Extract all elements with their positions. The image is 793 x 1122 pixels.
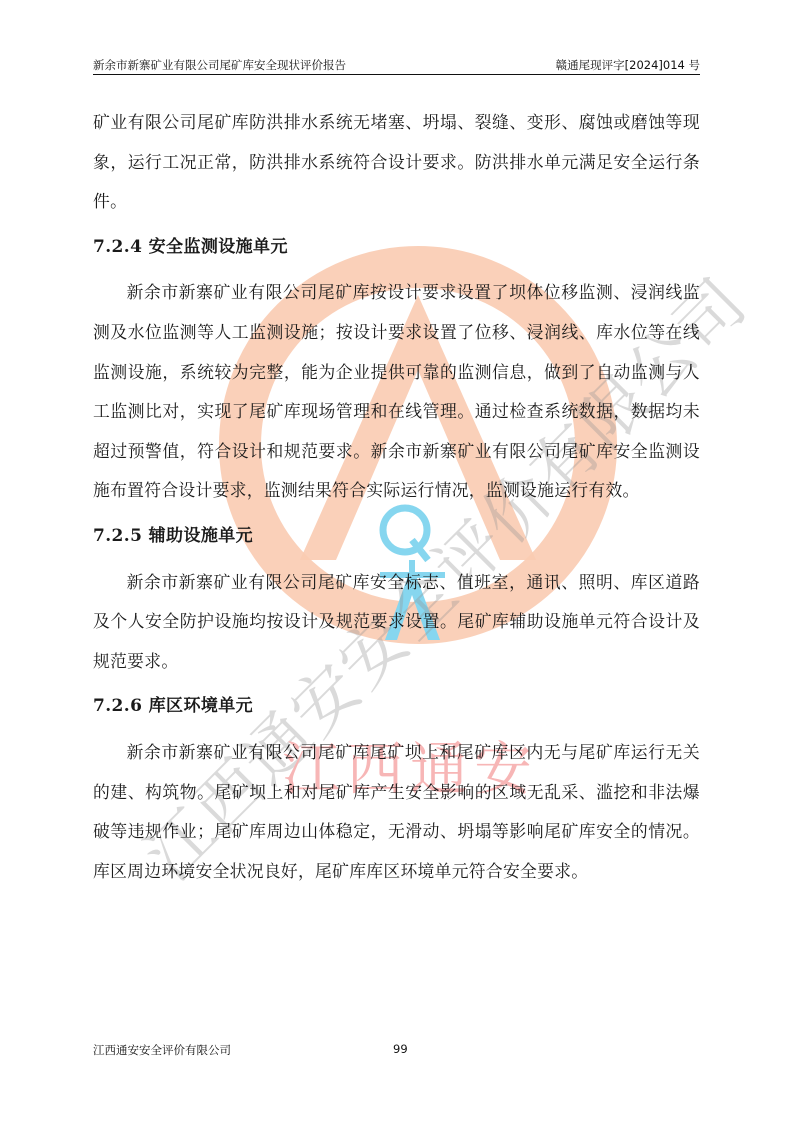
page-header: 新余市新寨矿业有限公司尾矿库安全现状评价报告 赣通尾现评字[2024]014 号 xyxy=(93,55,700,73)
section-heading-7-2-5: 7.2.5 辅助设施单元 xyxy=(93,517,700,557)
section-heading-7-2-4: 7.2.4 安全监测设施单元 xyxy=(93,228,700,268)
page-content: 矿业有限公司尾矿库防洪排水系统无堵塞、坍塌、裂缝、变形、腐蚀或磨蚀等现象，运行工… xyxy=(93,103,700,891)
header-divider xyxy=(93,74,700,75)
intro-paragraph: 矿业有限公司尾矿库防洪排水系统无堵塞、坍塌、裂缝、变形、腐蚀或磨蚀等现象，运行工… xyxy=(93,103,700,222)
footer-company: 江西通安安全评价有限公司 xyxy=(93,1042,231,1058)
section-heading-7-2-6: 7.2.6 库区环境单元 xyxy=(93,687,700,727)
page-number: 99 xyxy=(393,1042,408,1056)
report-title: 新余市新寨矿业有限公司尾矿库安全现状评价报告 xyxy=(93,57,346,73)
section-paragraph-7-2-5: 新余市新寨矿业有限公司尾矿库安全标志、值班室，通讯、照明、库区道路及个人安全防护… xyxy=(93,563,700,682)
document-number: 赣通尾现评字[2024]014 号 xyxy=(556,57,700,73)
section-paragraph-7-2-6: 新余市新寨矿业有限公司尾矿库尾矿坝上和尾矿库区内无与尾矿库运行无关的建、构筑物。… xyxy=(93,733,700,891)
section-paragraph-7-2-4: 新余市新寨矿业有限公司尾矿库按设计要求设置了坝体位移监测、浸润线监测及水位监测等… xyxy=(93,273,700,511)
